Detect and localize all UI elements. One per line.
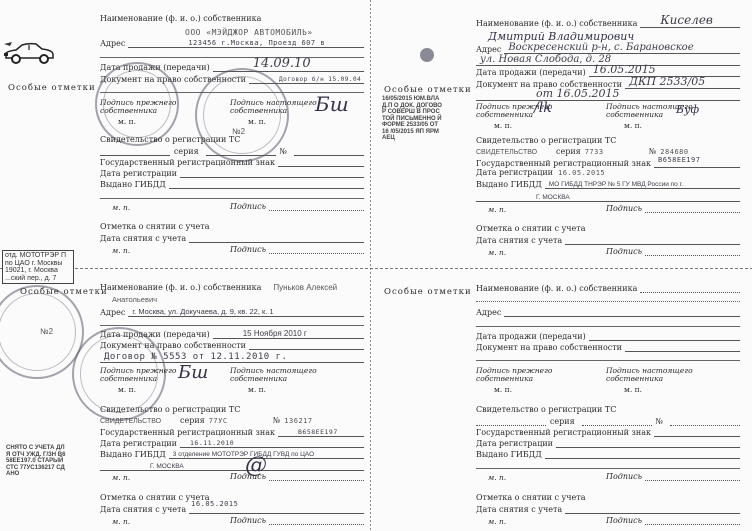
reg-date-value: 16.11.2010 [190, 439, 234, 447]
seal-stamp [95, 62, 179, 146]
owner-name-value: Пуньков Алексей [273, 283, 337, 292]
side-note: СНЯТО С УЧЕТА ДЛЯ ОТЧ УЖД. Г/ЗН В658ЕЕ19… [6, 445, 68, 478]
signature-prev-owner: /lk [534, 100, 552, 116]
car-icon [4, 42, 54, 70]
section-top-left: Особые отметки Наименование (ф. и. о.) с… [0, 0, 376, 265]
address-row: Адрес 123456 г.Москва, Проезд 607 в [100, 38, 364, 48]
ownership-doc-value: Договор № 5553 от 12.11.2010 г. [104, 352, 287, 362]
ownership-doc-value: ДКП 2533/05 [629, 75, 705, 88]
owner-name-value: ООО «МЭЙДЖОР АВТОМОБИЛЬ» [185, 28, 313, 37]
series-value: 77УС [209, 417, 269, 425]
section-bottom-right: Особые отметки Наименование (ф. и. о.) с… [376, 265, 752, 530]
side-note: 16/05/2015 ЮМ.ВЛАД.П О ДОК. ДОГОВОР СОВЕ… [382, 96, 442, 142]
signature-current-owner: Буф [676, 103, 699, 116]
owner-name-value: Киселев [660, 13, 713, 27]
number-value: 136217 [284, 417, 312, 425]
special-marks-label: Особые отметки [8, 83, 96, 93]
special-marks-label: Особые отметки [20, 287, 108, 297]
special-marks-label: Особые отметки [384, 85, 472, 95]
owner-name-row: Наименование (ф. и. о.) собственника [100, 14, 364, 23]
sale-date-value: 15 Ноября 2010 г [243, 329, 307, 338]
special-marks-label: Особые отметки [384, 287, 472, 297]
issued-by-value: 3 отделение МОТОТРЭР ГИБДД ГУВД по ЦАО [173, 451, 314, 458]
reg-date-value: 16.05.2015 [558, 169, 605, 177]
plate-value: В658ЕЕ197 [658, 156, 700, 164]
issued-by-value: МО ГИБДД ТНРЭР № 5 ГУ МВД России по г. [549, 181, 683, 188]
section-bottom-left: №2 Особые отметки СНЯТО С УЧЕТА ДЛЯ ОТЧ … [0, 265, 376, 530]
punch-hole [420, 48, 434, 62]
series-value: 7733 [585, 148, 645, 156]
number-value: 284680 [660, 148, 688, 156]
address-value: Воскресенский р-н, с. Барановское [508, 42, 693, 53]
address-value: г. Москва, ул. Докучаева, д. 9, кв. 22, … [132, 307, 273, 316]
cert-type-value: СВИДЕТЕЛЬСТВО [476, 149, 546, 156]
signature-prev-owner: Бш [178, 362, 208, 383]
address-value: 123456 г.Москва, Проезд 607 в [188, 39, 325, 47]
ownership-doc-value: Договор б/н 15.09.04 [279, 76, 361, 83]
police-stamp: отд. МОТОТРЭР П по ЦАО г. Москвы 19021, … [2, 250, 74, 284]
sale-date-value: 14.09.10 [253, 56, 311, 71]
signature-current-owner: Бш [315, 92, 349, 116]
cert-type-value: СВИДЕТЕЛЬСТВО [100, 418, 170, 425]
dereg-date-value: 16.05.2015 [191, 500, 238, 508]
reg-cert-label: Свидетельство о регистрации ТС [100, 135, 364, 144]
signature-gibdd: @ [245, 453, 267, 478]
plate-value: В658ЕЕ197 [298, 428, 338, 436]
section-top-right: Особые отметки 16/05/2015 ЮМ.ВЛАД.П О ДО… [376, 0, 752, 265]
